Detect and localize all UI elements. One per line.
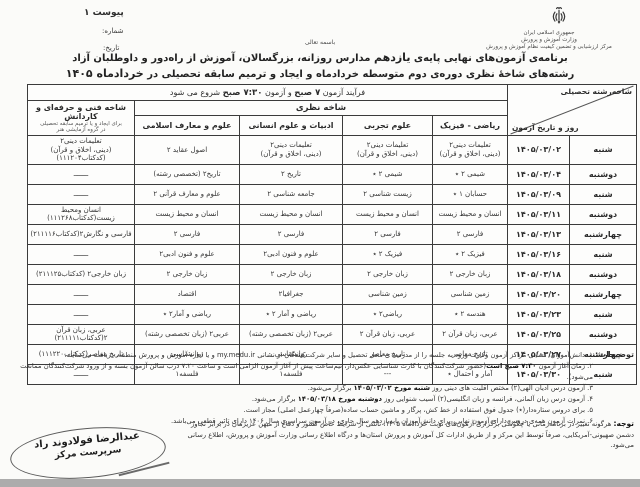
note-text-pre: ۲. زمان آغاز آزمون [536,362,593,370]
exam-cell-fanni: ـــــــ [27,184,134,204]
branch-fanni-label: شاخه فنی و حرفه‌ای و کاردانش [30,103,132,121]
exam-day-cell: دوشنبه [570,264,637,284]
note-text-bold: دوشنبه مورخ ۱۴۰۵/۰۳/۱۸ [298,395,382,403]
title-line1-pre: برنامه‌ی آزمون‌های نهایی پایه‌ی [410,53,567,64]
exam-row: چهارشنبه ۱۴۰۵/۰۳/۱۳ فارسی ۲ فارسی ۲ فارس… [27,224,636,244]
exam-day-cell: دوشنبه [570,324,637,344]
exam-date-cell: ۱۴۰۵/۰۳/۱۶ [508,244,570,264]
exam-row: شنبه ۱۴۰۵/۰۳/۰۹ حسابان ۱ ٭ زیست شناسی ۲ … [27,184,636,204]
exam-cell-tajrobi: زمین شناسی [343,284,433,304]
note-line: ۴. آزمون درس زبان آلمانی، فرانسه و زبان … [6,394,634,405]
note-text-pre: ۱. دانش‌آموزان، نشانی مراکز آزمون وکارت … [65,351,593,359]
exam-date-cell: ۱۴۰۵/۰۳/۰۲ [508,136,570,165]
exam-cell-ensani: ریاضی و آمار ۲ ٭ [240,304,343,324]
exam-cell-riazi: هندسه ۲ ٭ [433,304,508,324]
title-line1-post: مدارس روزانه، بزرگسالان، آموزش از راه‌دو… [72,53,374,64]
exam-row: دوشنبه ۱۴۰۵/۰۳/۱۸ زبان خارجی ۲ زبان خارج… [27,264,636,284]
exam-cell-fanni: ـــــــ [27,164,134,184]
exam-date-cell: ۱۴۰۵/۰۳/۱۸ [508,264,570,284]
exam-cell-tajrobi: زیست شناسی ۲ [343,184,433,204]
exam-day-cell: شنبه [570,136,637,165]
appendix-label: پیوست ۱ [84,8,124,18]
exam-cell-maaref: عربی۲ (زبان تخصصی رشته) [135,324,240,344]
note-line: ۳. آزمون درس ادیان الهی(۲) مختص اقلیت ها… [6,383,634,394]
exam-cell-tajrobi: انسان و محیط زیست [343,204,433,224]
column-header-ensani: ادبیات و علوم انسانی [240,116,343,136]
exam-cell-tajrobi: تعلیمات دینی۲ (دینی، اخلاق و قرآن) [343,136,433,165]
besmele-text: باسمه تعالی [0,39,640,46]
column-header-tajrobi: علوم تجربی [343,116,433,136]
attention-label: توجه: [614,419,634,428]
note-text-pre: ۴. آزمون درس زبان آلمانی، فرانسه و زبان … [382,395,593,403]
exam-cell-ensani: جغرافیا۲ [240,284,343,304]
document-page: پیوست ۱ شماره: تاریخ: جمهوری اسلامی ایرا… [0,0,640,487]
exam-cell-ensani: تاریخ ۲ [240,164,343,184]
exam-day-cell: چهارشنبه [570,284,637,304]
exam-cell-fanni: عربی، زبان قرآن ۲(کدکتاب۲۱۱۱۱۱) [27,324,134,344]
exam-cell-tajrobi: فیزیک ۲ ٭ [343,244,433,264]
exam-cell-ensani: زبان خارجی ۲ [240,264,343,284]
exam-cell-riazi: شیمی ۲ ٭ [433,164,508,184]
notes-list: ۱. دانش‌آموزان، نشانی مراکز آزمون وکارت … [6,350,634,427]
exam-cell-maaref: اقتصاد [135,284,240,304]
branch-fanni-subtitle: برای ایجاد و یا ترمیم سابقه تحصیلی در گر… [30,121,132,134]
exam-cell-ensani: جامعه شناسی ۲ [240,184,343,204]
exam-cell-fanni: زبان خارجی۲ (کدکتاب۲۱۱۱۲۵) [27,264,134,284]
exam-cell-tajrobi: فارسی ۲ [343,224,433,244]
note-text-post: برگزار می‌شود. [308,384,354,392]
attention-text: هرگونه تغییر در برنامه‌زمانی یا چگونگی ب… [187,420,634,449]
process-time-7: ۷ صبح [294,88,320,98]
exam-date-cell: ۱۴۰۵/۰۳/۱۱ [508,204,570,224]
exam-cell-ensani: عربی۲ (زبان تخصصی رشته) [240,324,343,344]
note-line: ۲. زمان آغاز آزمون ۷:۳۰ صبح است(حضور شرک… [6,361,634,383]
exam-row: دوشنبه ۱۴۰۵/۰۳/۰۴ شیمی ۲ ٭ شیمی ۲ ٭ تاری… [27,164,636,184]
note-text-bold: شنبه مورخ ۱۴۰۵/۰۳/۰۲ [354,384,431,392]
exam-date-cell: ۱۴۰۵/۰۳/۰۴ [508,164,570,184]
exam-cell-maaref: علوم و فنون ادبی۲ [135,244,240,264]
exam-row: شنبه ۱۴۰۵/۰۳/۲۳ هندسه ۲ ٭ ریاضی۲ ٭ ریاضی… [27,304,636,324]
corner-daydate-label: روز و تاریخ آزمون [512,123,579,132]
exam-date-cell: ۱۴۰۵/۰۳/۲۵ [508,324,570,344]
exam-row: شنبه ۱۴۰۵/۰۳/۱۶ فیزیک ۲ ٭ فیزیک ۲ ٭ علوم… [27,244,636,264]
exam-cell-riazi: فیزیک ۲ ٭ [433,244,508,264]
exam-row: شنبه ۱۴۰۵/۰۳/۰۲ تعلیمات دینی۲ (دینی، اخل… [27,136,636,165]
exam-cell-tajrobi: عربی، زبان قرآن ۲ [343,324,433,344]
note-text-pre: ۳. آزمون درس ادیان الهی(۲) مختص اقلیت ها… [430,384,593,392]
exam-cell-riazi: حسابان ۱ ٭ [433,184,508,204]
exam-date-cell: ۱۴۰۵/۰۳/۲۰ [508,284,570,304]
exam-cell-ensani: علوم و فنون ادبی۲ [240,244,343,264]
exam-cell-maaref: ریاضی و آمار۲ ٭ [135,304,240,324]
exam-table-body: شنبه ۱۴۰۵/۰۳/۰۲ تعلیمات دینی۲ (دینی، اخل… [27,136,636,385]
exam-cell-tajrobi: زبان خارجی ۲ [343,264,433,284]
exam-schedule-table: شاخه‌رشته تحصیلی روز و تاریخ آزمون فرآین… [27,84,637,385]
branch-fanni-header: شاخه فنی و حرفه‌ای و کاردانش برای ایجاد … [27,101,134,136]
title-line1-grade: یازدهم [374,51,411,64]
exam-cell-riazi: تعلیمات دینی۲ (دینی، اخلاق و قرآن) [433,136,508,165]
note-text-bold: ۷:۳۰ صبح است [486,362,536,370]
exam-cell-riazi: عربی، زبان قرآن ۲ [433,324,508,344]
title-line2-month: خردادماه ۱۴۰۵ [66,67,144,80]
exam-cell-riazi: فارسی ۲ [433,224,508,244]
exam-cell-ensani: تعلیمات دینی۲ (دینی، اخلاق و قرآن) [240,136,343,165]
exam-row: چهارشنبه ۱۴۰۵/۰۳/۲۰ زمین شناسی زمین شناس… [27,284,636,304]
exam-cell-riazi: زبان خارجی ۲ [433,264,508,284]
exam-cell-maaref: تاریخ۲ (تخصصی رشته) [135,164,240,184]
exam-day-cell: شنبه [570,304,637,324]
exam-cell-fanni: ـــــــ [27,304,134,324]
exam-date-cell: ۱۴۰۵/۰۳/۲۳ [508,304,570,324]
exam-cell-tajrobi: شیمی ۲ ٭ [343,164,433,184]
photo-edge-bar [0,479,640,487]
branch-nazari-header: شاخه نظری [135,101,508,116]
exam-cell-riazi: زمین شناسی [433,284,508,304]
exam-date-cell: ۱۴۰۵/۰۳/۱۳ [508,224,570,244]
exam-cell-ensani: فارسی ۲ [240,224,343,244]
exam-cell-fanni: تعلیمات دینی۲ (دینی، اخلاق و قرآن)(کدکتا… [27,136,134,165]
exam-row: دوشنبه ۱۴۰۵/۰۳/۱۱ انسان و محیط زیست انسا… [27,204,636,224]
corner-cell: شاخه‌رشته تحصیلی روز و تاریخ آزمون [508,85,637,136]
exam-cell-maaref: انسان و محیط زیست [135,204,240,224]
process-note: فرآیند آزمون ۷ صبح و آزمون ۷:۳۰ صبح شروع… [27,85,507,101]
exam-cell-fanni: ـــــــ [27,284,134,304]
org-line-country: جمهوری اسلامی ایران [460,30,638,37]
exam-cell-maaref: فارسی ۲ [135,224,240,244]
note-line: ۱. دانش‌آموزان، نشانی مراکز آزمون وکارت … [6,350,634,361]
exam-day-cell: شنبه [570,184,637,204]
exam-cell-riazi: انسان و محیط زیست [433,204,508,224]
process-text-mid: و آزمون [262,88,294,97]
exam-cell-ensani: انسان و محیط زیست [240,204,343,224]
iran-emblem-icon [546,4,572,30]
exam-day-cell: چهارشنبه [570,224,637,244]
column-header-riazi: ریاضی - فیزیک [433,116,508,136]
exam-cell-fanni: فارسی و نگارش۲(کدکتاب۲۱۱۱۱۶) [27,224,134,244]
exam-cell-tajrobi: ریاضی۲ ٭ [343,304,433,324]
exam-day-cell: دوشنبه [570,164,637,184]
attention-paragraph: توجه: هرگونه تغییر در برنامه‌زمانی یا چگ… [176,419,634,451]
table-header-row-process: شاخه‌رشته تحصیلی روز و تاریخ آزمون فرآین… [27,85,636,101]
exam-day-cell: دوشنبه [570,204,637,224]
exam-cell-fanni: ـــــــ [27,244,134,264]
note-line: ۵. برای دروس ستاره‌دار(٭) جدول فوق استفا… [6,405,634,416]
exam-day-cell: شنبه [570,244,637,264]
note-text-post: برگزار می‌شود. [252,395,298,403]
note-text-pre: ۵. برای دروس ستاره‌دار(٭) جدول فوق استفا… [243,406,593,414]
exam-cell-maaref: اصول عقاید ۲ [135,136,240,165]
process-text: فرآیند آزمون [320,88,365,97]
title-line2-pre: رشته‌های شاخهٔ نظری دوره‌ی دوم متوسطه خر… [144,69,574,80]
process-time-730: ۷:۳۰ صبح [223,88,263,98]
number-label: شماره: [102,27,123,35]
exam-cell-maaref: زبان خارجی ۲ [135,264,240,284]
exam-cell-maaref: علوم و معارف قرآنی ۲ [135,184,240,204]
document-title-line1: برنامه‌ی آزمون‌های نهایی پایه‌ی یازدهم م… [0,51,640,64]
signature-stamp: عبدالرضا فولادوند راد سرپرست مرکز [8,421,168,484]
exam-cell-fanni: انسان ومحیط زیست(کدکتاب۱۱۱۲۶۸) [27,204,134,224]
exam-row: دوشنبه ۱۴۰۵/۰۳/۲۵ عربی، زبان قرآن ۲ عربی… [27,324,636,344]
process-text-end: شروع می شود [170,88,223,97]
exam-date-cell: ۱۴۰۵/۰۳/۰۹ [508,184,570,204]
document-title-line2: رشته‌های شاخهٔ نظری دوره‌ی دوم متوسطه خر… [0,67,640,80]
column-header-maaref: علوم و معارف اسلامی [135,116,240,136]
corner-branch-label: شاخه‌رشته تحصیلی [561,87,632,96]
